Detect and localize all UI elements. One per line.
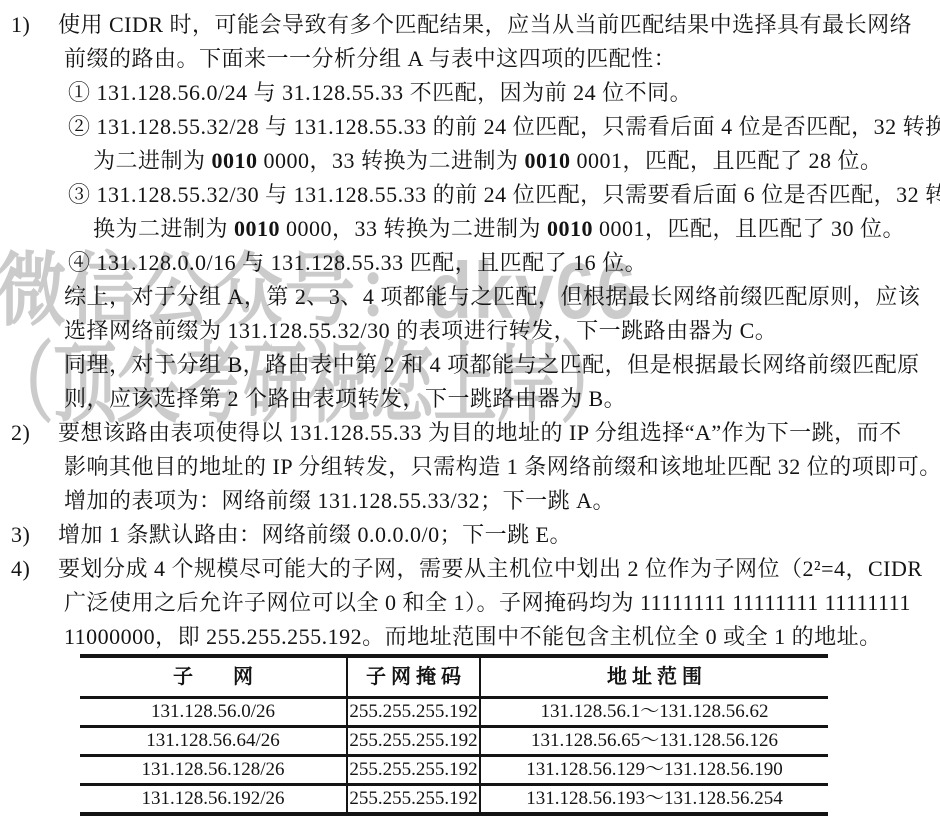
table-cell-range: 131.128.56.129～131.128.56.190 (480, 756, 828, 785)
line-text: 0001，匹配，且匹配了 30 位。 (593, 216, 905, 241)
bold-binary: 0010 (547, 216, 593, 241)
line-text: 0000，33 转换为二进制为 (258, 148, 525, 173)
text-line: 为二进制为 0010 0000，33 转换为二进制为 0010 0001，匹配，… (0, 144, 940, 178)
line-text: 0001，匹配，且匹配了 28 位。 (571, 148, 883, 173)
line-text: 为二进制为 (93, 148, 212, 173)
table-cell-subnet: 131.128.56.128/26 (80, 756, 347, 785)
text-line: 广泛使用之后允许子网位可以全 0 和全 1）。子网掩码均为 11111111 1… (0, 586, 940, 620)
table-cell-mask: 255.255.255.192 (347, 785, 480, 815)
table-cell-mask: 255.255.255.192 (347, 698, 480, 727)
item-number: 4) (11, 552, 58, 586)
bold-binary: 0010 (212, 148, 258, 173)
table-cell-range: 131.128.56.193～131.128.56.254 (480, 785, 828, 815)
item-number: 2) (11, 416, 58, 450)
text-line: 2)要想该路由表项使得以 131.128.55.33 为目的地址的 IP 分组选… (0, 416, 940, 450)
subnet-table: 子 网 子 网 掩 码 地 址 范 围 131.128.56.0/26 255.… (80, 654, 828, 816)
table-cell-subnet: 131.128.56.0/26 (80, 698, 347, 727)
text-line: 影响其他目的地址的 IP 分组转发，只需构造 1 条网络前缀和该地址匹配 32 … (0, 450, 940, 484)
text-line: 3)增加 1 条默认路由：网络前缀 0.0.0.0/0；下一跳 E。 (0, 518, 940, 552)
text-line: ① 131.128.56.0/24 与 31.128.55.33 不匹配，因为前… (0, 76, 940, 110)
table-cell-mask: 255.255.255.192 (347, 756, 480, 785)
table-header-cell: 子 网 (80, 656, 347, 698)
text-line: 同理，对于分组 B，路由表中第 2 和 4 项都能与之匹配，但是根据最长网络前缀… (0, 348, 940, 382)
text-line: 1)使用 CIDR 时，可能会导致有多个匹配结果，应当从当前匹配结果中选择具有最… (0, 8, 940, 42)
text-line: ③ 131.128.55.32/30 与 131.128.55.33 的前 24… (0, 178, 940, 212)
text-line: 前缀的路由。下面来一一分析分组 A 与表中这四项的匹配性： (0, 42, 940, 76)
text-line: ④ 131.128.0.0/16 与 131.128.55.33 匹配，且匹配了… (0, 246, 940, 280)
text-line: ② 131.128.55.32/28 与 131.128.55.33 的前 24… (0, 110, 940, 144)
text-line: 增加的表项为：网络前缀 131.128.55.33/32；下一跳 A。 (0, 484, 940, 518)
text-line: 4)要划分成 4 个规模尽可能大的子网，需要从主机位中划出 2 位作为子网位（2… (0, 552, 940, 586)
item-number: 1) (11, 8, 58, 42)
line-text: 要划分成 4 个规模尽可能大的子网，需要从主机位中划出 2 位作为子网位（2²=… (58, 556, 923, 581)
table-cell-subnet: 131.128.56.192/26 (80, 785, 347, 815)
line-text: 0000，33 转换为二进制为 (280, 216, 547, 241)
table-cell-mask: 255.255.255.192 (347, 727, 480, 756)
table-cell-subnet: 131.128.56.64/26 (80, 727, 347, 756)
text-line: 选择网络前缀为 131.128.55.32/30 的表项进行转发，下一跳路由器为… (0, 314, 940, 348)
text-line: 则，应该选择第 2 个路由表项转发，下一跳路由器为 B。 (0, 382, 940, 416)
text-line: 换为二进制为 0010 0000，33 转换为二进制为 0010 0001，匹配… (0, 212, 940, 246)
table-row: 131.128.56.64/26 255.255.255.192 131.128… (80, 727, 828, 756)
table-header-cell: 子 网 掩 码 (347, 656, 480, 698)
bold-binary: 0010 (525, 148, 571, 173)
table-header-cell: 地 址 范 围 (480, 656, 828, 698)
text-line: 综上，对于分组 A，第 2、3、4 项都能与之匹配，但根据最长网络前缀匹配原则，… (0, 280, 940, 314)
answer-text: 1)使用 CIDR 时，可能会导致有多个匹配结果，应当从当前匹配结果中选择具有最… (0, 0, 940, 654)
table-cell-range: 131.128.56.1～131.128.56.62 (480, 698, 828, 727)
table-cell-range: 131.128.56.65～131.128.56.126 (480, 727, 828, 756)
table-row: 131.128.56.128/26 255.255.255.192 131.12… (80, 756, 828, 785)
line-text: 要想该路由表项使得以 131.128.55.33 为目的地址的 IP 分组选择“… (58, 420, 902, 445)
line-text: 增加 1 条默认路由：网络前缀 0.0.0.0/0；下一跳 E。 (58, 522, 572, 547)
text-line: 11000000，即 255.255.255.192。而地址范围中不能包含主机位… (0, 620, 940, 654)
bold-binary: 0010 (234, 216, 280, 241)
item-number: 3) (11, 518, 58, 552)
line-text: 换为二进制为 (93, 216, 234, 241)
table-row: 131.128.56.192/26 255.255.255.192 131.12… (80, 785, 828, 815)
table-row: 131.128.56.0/26 255.255.255.192 131.128.… (80, 698, 828, 727)
line-text: 使用 CIDR 时，可能会导致有多个匹配结果，应当从当前匹配结果中选择具有最长网… (58, 12, 912, 37)
table-header-row: 子 网 子 网 掩 码 地 址 范 围 (80, 656, 828, 698)
